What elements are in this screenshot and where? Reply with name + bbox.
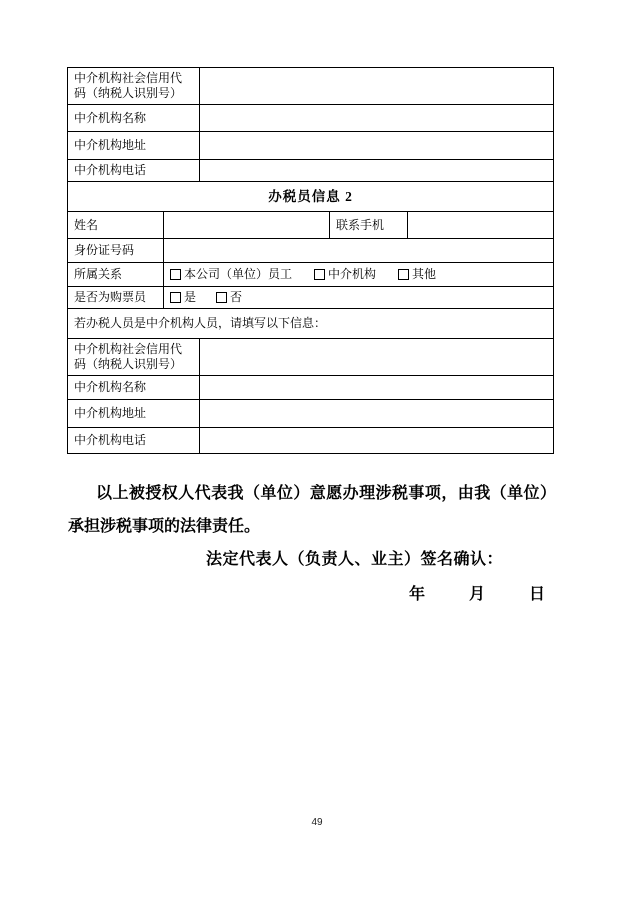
field-label-agency-phone: 中介机构电话 <box>68 428 200 454</box>
table-row: 中介机构名称 <box>68 376 554 400</box>
section-header-tax-clerk-2: 办税员信息 2 <box>68 182 554 212</box>
table-row: 中介机构名称 <box>68 105 554 132</box>
table-row: 中介机构电话 <box>68 160 554 182</box>
field-ticket-options: 是 否 <box>164 287 554 309</box>
agency-note: 若办税人员是中介机构人员，请填写以下信息： <box>68 309 554 339</box>
date-month-label: 月 <box>469 581 485 604</box>
table-row: 中介机构社会信用代 码（纳税人识别号） <box>68 68 554 105</box>
field-label-agency-credit-code: 中介机构社会信用代 码（纳税人识别号） <box>68 339 200 376</box>
field-value-agency-phone <box>200 428 554 454</box>
field-value-agency-name <box>200 105 554 132</box>
field-value-agency-phone <box>200 160 554 182</box>
authorization-statement: 以上被授权人代表我（单位）意愿办理涉税事项，由我（单位）承担涉税事项的法律责任。 <box>68 477 556 543</box>
date-day-label: 日 <box>529 581 545 604</box>
relation-option-company-employee: 本公司（单位）员工 <box>170 267 292 282</box>
ticket-option-label: 是 <box>184 290 196 305</box>
field-label-agency-name: 中介机构名称 <box>68 376 200 400</box>
checkbox-icon <box>216 292 227 303</box>
checkbox-icon <box>314 269 325 280</box>
page-number: 49 <box>0 817 634 828</box>
checkbox-icon <box>398 269 409 280</box>
field-value-mobile <box>408 212 554 239</box>
table-row: 姓名 联系手机 <box>68 212 554 239</box>
tax-clerk-authorization-table: 中介机构社会信用代 码（纳税人识别号） 中介机构名称 中介机构地址 中介机构电话… <box>67 67 554 454</box>
relation-option-agency: 中介机构 <box>314 267 376 282</box>
field-value-name <box>164 212 330 239</box>
field-value-agency-credit-code <box>200 68 554 105</box>
table-row: 中介机构电话 <box>68 428 554 454</box>
relation-option-other: 其他 <box>398 267 436 282</box>
field-label-agency-address: 中介机构地址 <box>68 132 200 160</box>
ticket-option-no: 否 <box>216 290 242 305</box>
ticket-option-label: 否 <box>230 290 242 305</box>
table-row: 身份证号码 <box>68 239 554 263</box>
field-label-agency-address: 中介机构地址 <box>68 400 200 428</box>
table-row: 是否为购票员 是 否 <box>68 287 554 309</box>
field-value-id-number <box>164 239 554 263</box>
field-label-relation: 所属关系 <box>68 263 164 287</box>
field-value-agency-address <box>200 400 554 428</box>
relation-option-label: 中介机构 <box>328 267 376 282</box>
date-line: 年 月 日 <box>0 581 545 604</box>
table-row: 所属关系 本公司（单位）员工 中介机构 其他 <box>68 263 554 287</box>
field-label-agency-name: 中介机构名称 <box>68 105 200 132</box>
field-label-agency-phone: 中介机构电话 <box>68 160 200 182</box>
table-row: 中介机构地址 <box>68 132 554 160</box>
signature-confirmation-line: 法定代表人（负责人、业主）签名确认： <box>206 546 503 569</box>
field-label-agency-credit-code: 中介机构社会信用代 码（纳税人识别号） <box>68 68 200 105</box>
field-value-agency-credit-code <box>200 339 554 376</box>
field-label-ticket-buyer: 是否为购票员 <box>68 287 164 309</box>
checkbox-icon <box>170 269 181 280</box>
relation-option-label: 其他 <box>412 267 436 282</box>
field-label-mobile: 联系手机 <box>330 212 408 239</box>
table-row: 若办税人员是中介机构人员，请填写以下信息： <box>68 309 554 339</box>
table-row: 中介机构社会信用代 码（纳税人识别号） <box>68 339 554 376</box>
table-row: 办税员信息 2 <box>68 182 554 212</box>
field-label-id-number: 身份证号码 <box>68 239 164 263</box>
checkbox-icon <box>170 292 181 303</box>
field-relation-options: 本公司（单位）员工 中介机构 其他 <box>164 263 554 287</box>
field-value-agency-name <box>200 376 554 400</box>
field-value-agency-address <box>200 132 554 160</box>
field-label-name: 姓名 <box>68 212 164 239</box>
ticket-option-yes: 是 <box>170 290 196 305</box>
relation-option-label: 本公司（单位）员工 <box>184 267 292 282</box>
table-row: 中介机构地址 <box>68 400 554 428</box>
date-year-label: 年 <box>409 581 425 604</box>
